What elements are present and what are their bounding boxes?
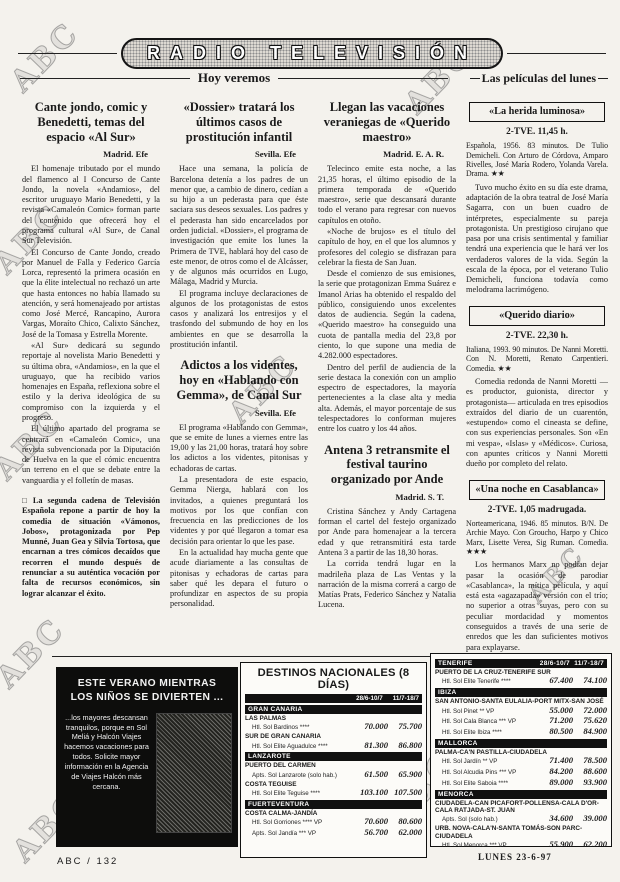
price-row: Htl. Sol Jardín ** VP 71.400 78.500 [435,756,607,766]
film-credits: Italiana, 1993. 90 minutos. De Nanni Mor… [466,345,608,373]
article-byline: Madrid. Efe [22,149,160,159]
price-1: 84.200 [539,767,573,776]
ad-body-row: ...los mayores descansan tranquilos, por… [62,713,232,833]
film-title-box: «Una noche en Casablanca» [469,480,605,500]
column-1: Cante jondo, comic y Benedetti, temas de… [22,92,160,654]
article-paragraph: El homenaje tributado por el mundo del f… [22,164,160,246]
price-2: 86.800 [388,741,422,750]
location-label: URB. NOVA-CALA'N-SANTA TOMÁS-SON PARC-CI… [435,825,607,840]
price-2: 78.500 [573,756,607,765]
price-row: Htl. Sol Alcudia Pins *** VP 84.200 88.6… [435,767,607,777]
price-1: 80.500 [539,727,573,736]
article-title: Llegan las vacaciones veraniegas de «Que… [318,100,456,144]
hotel-name: Htl. Sol Jardín ** VP [435,759,539,766]
film-channel-time: 2-TVE. 22,30 h. [466,331,608,341]
location-label: CIUDADELA-CAN PICAFORT-POLLENSA-CALA D'O… [435,800,607,815]
hotel-name: Htl. Sol Elite Ibiza **** [435,730,539,737]
article-paragraph: Dentro del perfil de audiencia de la ser… [318,363,456,435]
film-review: Comedia redonda de Nanni Moretti —es pro… [466,377,608,470]
page-date: LUNES 23-6-97 [478,852,552,862]
article-byline: Madrid. E. A. R. [318,149,456,159]
price-row: Htl. Sol Cala Blanca *** VP 71.200 75.62… [435,716,607,726]
section-bar-mallorca: MALLORCA [435,739,607,748]
price-2: 107.500 [388,788,422,797]
hotel-name: Htl. Sol Elite Teguise **** [245,791,354,798]
film-review: Tuvo mucho éxito en su día este drama, a… [466,183,608,296]
price-row: Apts. Sol Jandía *** VP 56.700 62.000 [245,828,422,838]
film-una-noche-en-casablanca: «Una noche en Casablanca» 2-TVE. 1,05 ma… [466,480,608,654]
article-title: Antena 3 retransmite el festival taurino… [318,443,456,487]
hotel-name: Htl. Sol Menorca *** VP [435,843,539,850]
banner-row: RADIO TELEVISIÓN [18,38,606,69]
ad-headline-line1: ESTE VERANO MIENTRAS [78,678,216,689]
brief-note-text: La segunda cadena de Televisión Española… [22,496,160,598]
location-label: COSTA CALMA-JANDÍA [245,810,422,817]
price-2: 80.600 [388,817,422,826]
location-label: SUR DE GRAN CANARIA [245,733,422,740]
price-2: 65.900 [388,770,422,779]
section-bar-gran-canaria: GRAN CANARIA [245,705,422,714]
today-header-label: Hoy veremos [198,70,270,86]
location-label: PUERTO DE LA CRUZ-TENERIFE SUR [435,669,607,676]
ad-photo [156,713,232,833]
price-row: Htl. Sol Pinet ** VP 55.000 72.000 [435,706,607,716]
rule [278,78,448,79]
films-header-label: Las películas del lunes [482,71,596,86]
square-bullet-icon: □ [22,496,30,505]
column-2: «Dossier» tratará los últimos casos de p… [170,92,308,654]
hotel-name: Htl. Sol Pinet ** VP [435,709,539,716]
price-row: Htl. Sol Gorriones **** VP 70.600 80.600 [245,817,422,827]
location-label: LAS PALMAS [245,715,422,722]
film-querido-diario: «Querido diario» 2-TVE. 22,30 h. Italian… [466,306,608,470]
film-title-box: «Querido diario» [469,306,605,326]
brief-note: □La segunda cadena de Televisión Español… [22,496,160,599]
article-paragraph: En la actualidad hay mucha gente que acu… [170,548,308,610]
price-2: 75.620 [573,716,607,725]
article-title: «Dossier» tratará los últimos casos de p… [170,100,308,144]
date-ranges: 28/6-10/7 11/7-18/7 [540,660,604,667]
price-row: Htl. Sol Menorca *** VP 55.900 62.200 [435,840,607,850]
price-1: 56.700 [354,828,388,837]
article-paragraph: El programa «Hablando con Gemma», que se… [170,423,308,474]
film-la-herida-luminosa: «La herida luminosa» 2-TVE. 11,45 h. Esp… [466,102,608,296]
price-1: 34.600 [539,814,573,823]
price-2: 62.200 [573,840,607,849]
article-festival-ande: Antena 3 retransmite el festival taurino… [318,443,456,611]
price-2: 74.100 [573,676,607,685]
article-paragraph: La presentadora de este espacio, Gemma N… [170,475,308,547]
date-range: 11/7-18/7 [393,695,419,702]
film-review: Los hermanos Marx no podían dejar pasar … [466,560,608,653]
article-dossier: «Dossier» tratará los últimos casos de p… [170,100,308,350]
film-title-box: «La herida luminosa» [469,102,605,122]
article-paragraph: El Concurso de Cante Jondo, creado por M… [22,248,160,341]
film-credits: Norteamericana, 1946. 85 minutos. B/N. D… [466,519,608,556]
article-paragraph: Desde el comienzo de sus emisiones, la s… [318,269,456,362]
price-1: 103.100 [354,788,388,797]
article-paragraph: La corrida tendrá lugar en la madrileña … [318,559,456,610]
price-2: 75.700 [388,722,422,731]
price-1: 71.400 [539,756,573,765]
hotel-name: Htl. Sol Cala Blanca *** VP [435,719,539,726]
section-bar-fuerteventura: FUERTEVENTURA [245,800,422,809]
column-3: Llegan las vacaciones veraniegas de «Que… [318,92,456,654]
price-1: 81.300 [354,741,388,750]
hotel-name: Htl. Sol Gorriones **** VP [245,820,354,827]
ad-headline-line2: LOS NIÑOS SE DIVIERTEN ... [71,692,224,703]
article-paragraph: Hace una semana, la policía de Barcelona… [170,164,308,287]
article-columns: Cante jondo, comic y Benedetti, temas de… [22,92,608,654]
price-row: Apts. Sol Lanzarote (solo hab.) 61.500 6… [245,770,422,780]
price-2: 93.900 [573,778,607,787]
hotel-name: Apts. Sol Jandía *** VP [245,831,354,838]
subheaders: Hoy veremos Las películas del lunes [20,70,610,86]
ad-halcon-viajes: ESTE VERANO MIENTRAS LOS NIÑOS SE DIVIER… [56,667,238,847]
hotel-name: Htl. Sol Elite Tenerife **** [435,679,539,686]
article-byline: Sevilla. Efe [170,408,308,418]
section-banner: RADIO TELEVISIÓN [121,38,503,69]
article-paragraph: Cristina Sánchez y Andy Cartagena forman… [318,507,456,558]
article-gemma: Adictos a los videntes, hoy en «Hablando… [170,358,308,609]
price-row: Htl. Sol Elite Ibiza **** 80.500 84.900 [435,727,607,737]
hotel-name: Htl. Sol Elite Saboia **** [435,781,539,788]
location-label: PALMA-CA'N PASTILLA-CIUDADELA [435,749,607,756]
price-2: 62.000 [388,828,422,837]
article-paragraph: «Noche de brujos» es el título del capít… [318,227,456,268]
article-title: Adictos a los videntes, hoy en «Hablando… [170,358,308,402]
price-1: 61.500 [354,770,388,779]
date-header-bar: 28/6-10/7 11/7-18/7 [245,694,422,703]
price-2: 88.600 [573,767,607,776]
banner-rule-right [507,53,606,54]
ad-headline: ESTE VERANO MIENTRAS LOS NIÑOS SE DIVIER… [62,677,232,705]
films-header: Las películas del lunes [448,71,610,86]
table-title: DESTINOS NACIONALES (8 DÍAS) [245,667,422,691]
hotel-name: Apts. Sol (solo hab.) [435,817,539,824]
price-table-destinos-nacionales: DESTINOS NACIONALES (8 DÍAS) 28/6-10/7 1… [240,662,427,858]
dash [470,78,480,79]
location-label: PUERTO DEL CARMEN [245,762,422,769]
price-2: 72.000 [573,706,607,715]
price-1: 70.600 [354,817,388,826]
price-2: 84.900 [573,727,607,736]
newspaper-page: ABC ABC ABC ABC ABC ABC ABC ABC ABC RADI… [0,0,620,882]
price-1: 67.400 [539,676,573,685]
date-range: 28/6-10/7 [356,695,383,702]
price-row: Htl. Sol Bardinos **** 70.000 75.700 [245,722,422,732]
article-paragraph: «Al Sur» dedicará su segundo reportaje a… [22,341,160,423]
article-paragraph: Telecinco emite esta noche, a las 21,35 … [318,164,456,226]
hotel-name: Htl. Sol Elite Aguadulce **** [245,744,354,751]
article-byline: Madrid. S. T. [318,492,456,502]
article-al-sur: Cante jondo, comic y Benedetti, temas de… [22,100,160,486]
price-row: Htl. Sol Elite Tenerife **** 67.400 74.1… [435,676,607,686]
price-row: Htl. Sol Elite Saboia **** 89.000 93.900 [435,778,607,788]
article-querido-maestro: Llegan las vacaciones veraniegas de «Que… [318,100,456,435]
film-channel-time: 2-TVE. 11,45 h. [466,127,608,137]
price-1: 55.000 [539,706,573,715]
price-1: 89.000 [539,778,573,787]
column-films: «La herida luminosa» 2-TVE. 11,45 h. Esp… [466,92,608,654]
price-row: Htl. Sol Elite Aguadulce **** 81.300 86.… [245,741,422,751]
dash [598,78,608,79]
price-row: Htl. Sol Elite Teguise **** 103.100 107.… [245,788,422,798]
price-row: Apts. Sol (solo hab.) 34.600 39.000 [435,814,607,824]
price-1: 70.000 [354,722,388,731]
article-byline: Sevilla. Efe [170,149,308,159]
location-label: SAN ANTONIO-SANTA EULALIA-PORT MITX-SAN … [435,698,607,705]
section-bar-tenerife: TENERIFE 28/6-10/7 11/7-18/7 [435,659,607,668]
price-1: 55.900 [539,840,573,849]
hotel-name: Apts. Sol Lanzarote (solo hab.) [245,773,354,780]
section-bar-ibiza: IBIZA [435,688,607,697]
hotel-name: Htl. Sol Bardinos **** [245,725,354,732]
price-2: 39.000 [573,814,607,823]
price-table-islas: TENERIFE 28/6-10/7 11/7-18/7 PUERTO DE L… [430,653,612,847]
section-bar-menorca: MENORCA [435,790,607,799]
article-title: Cante jondo, comic y Benedetti, temas de… [22,100,160,144]
banner-rule-left [18,53,117,54]
today-header: Hoy veremos [20,70,448,86]
film-credits: Española, 1956. 83 minutos. De Tulio Dem… [466,141,608,178]
article-paragraph: El programa incluye declaraciones de alg… [170,289,308,351]
section-bar-lanzarote: LANZAROTE [245,752,422,761]
ad-body-text: ...los mayores descansan tranquilos, por… [62,713,151,833]
film-channel-time: 2-TVE. 1,05 madrugada. [466,505,608,515]
hotel-name: Htl. Sol Alcudia Pins *** VP [435,770,539,777]
rule [20,78,190,79]
article-paragraph: El último apartado del programa se centr… [22,424,160,486]
page-number: ABC / 132 [57,856,118,867]
price-1: 71.200 [539,716,573,725]
